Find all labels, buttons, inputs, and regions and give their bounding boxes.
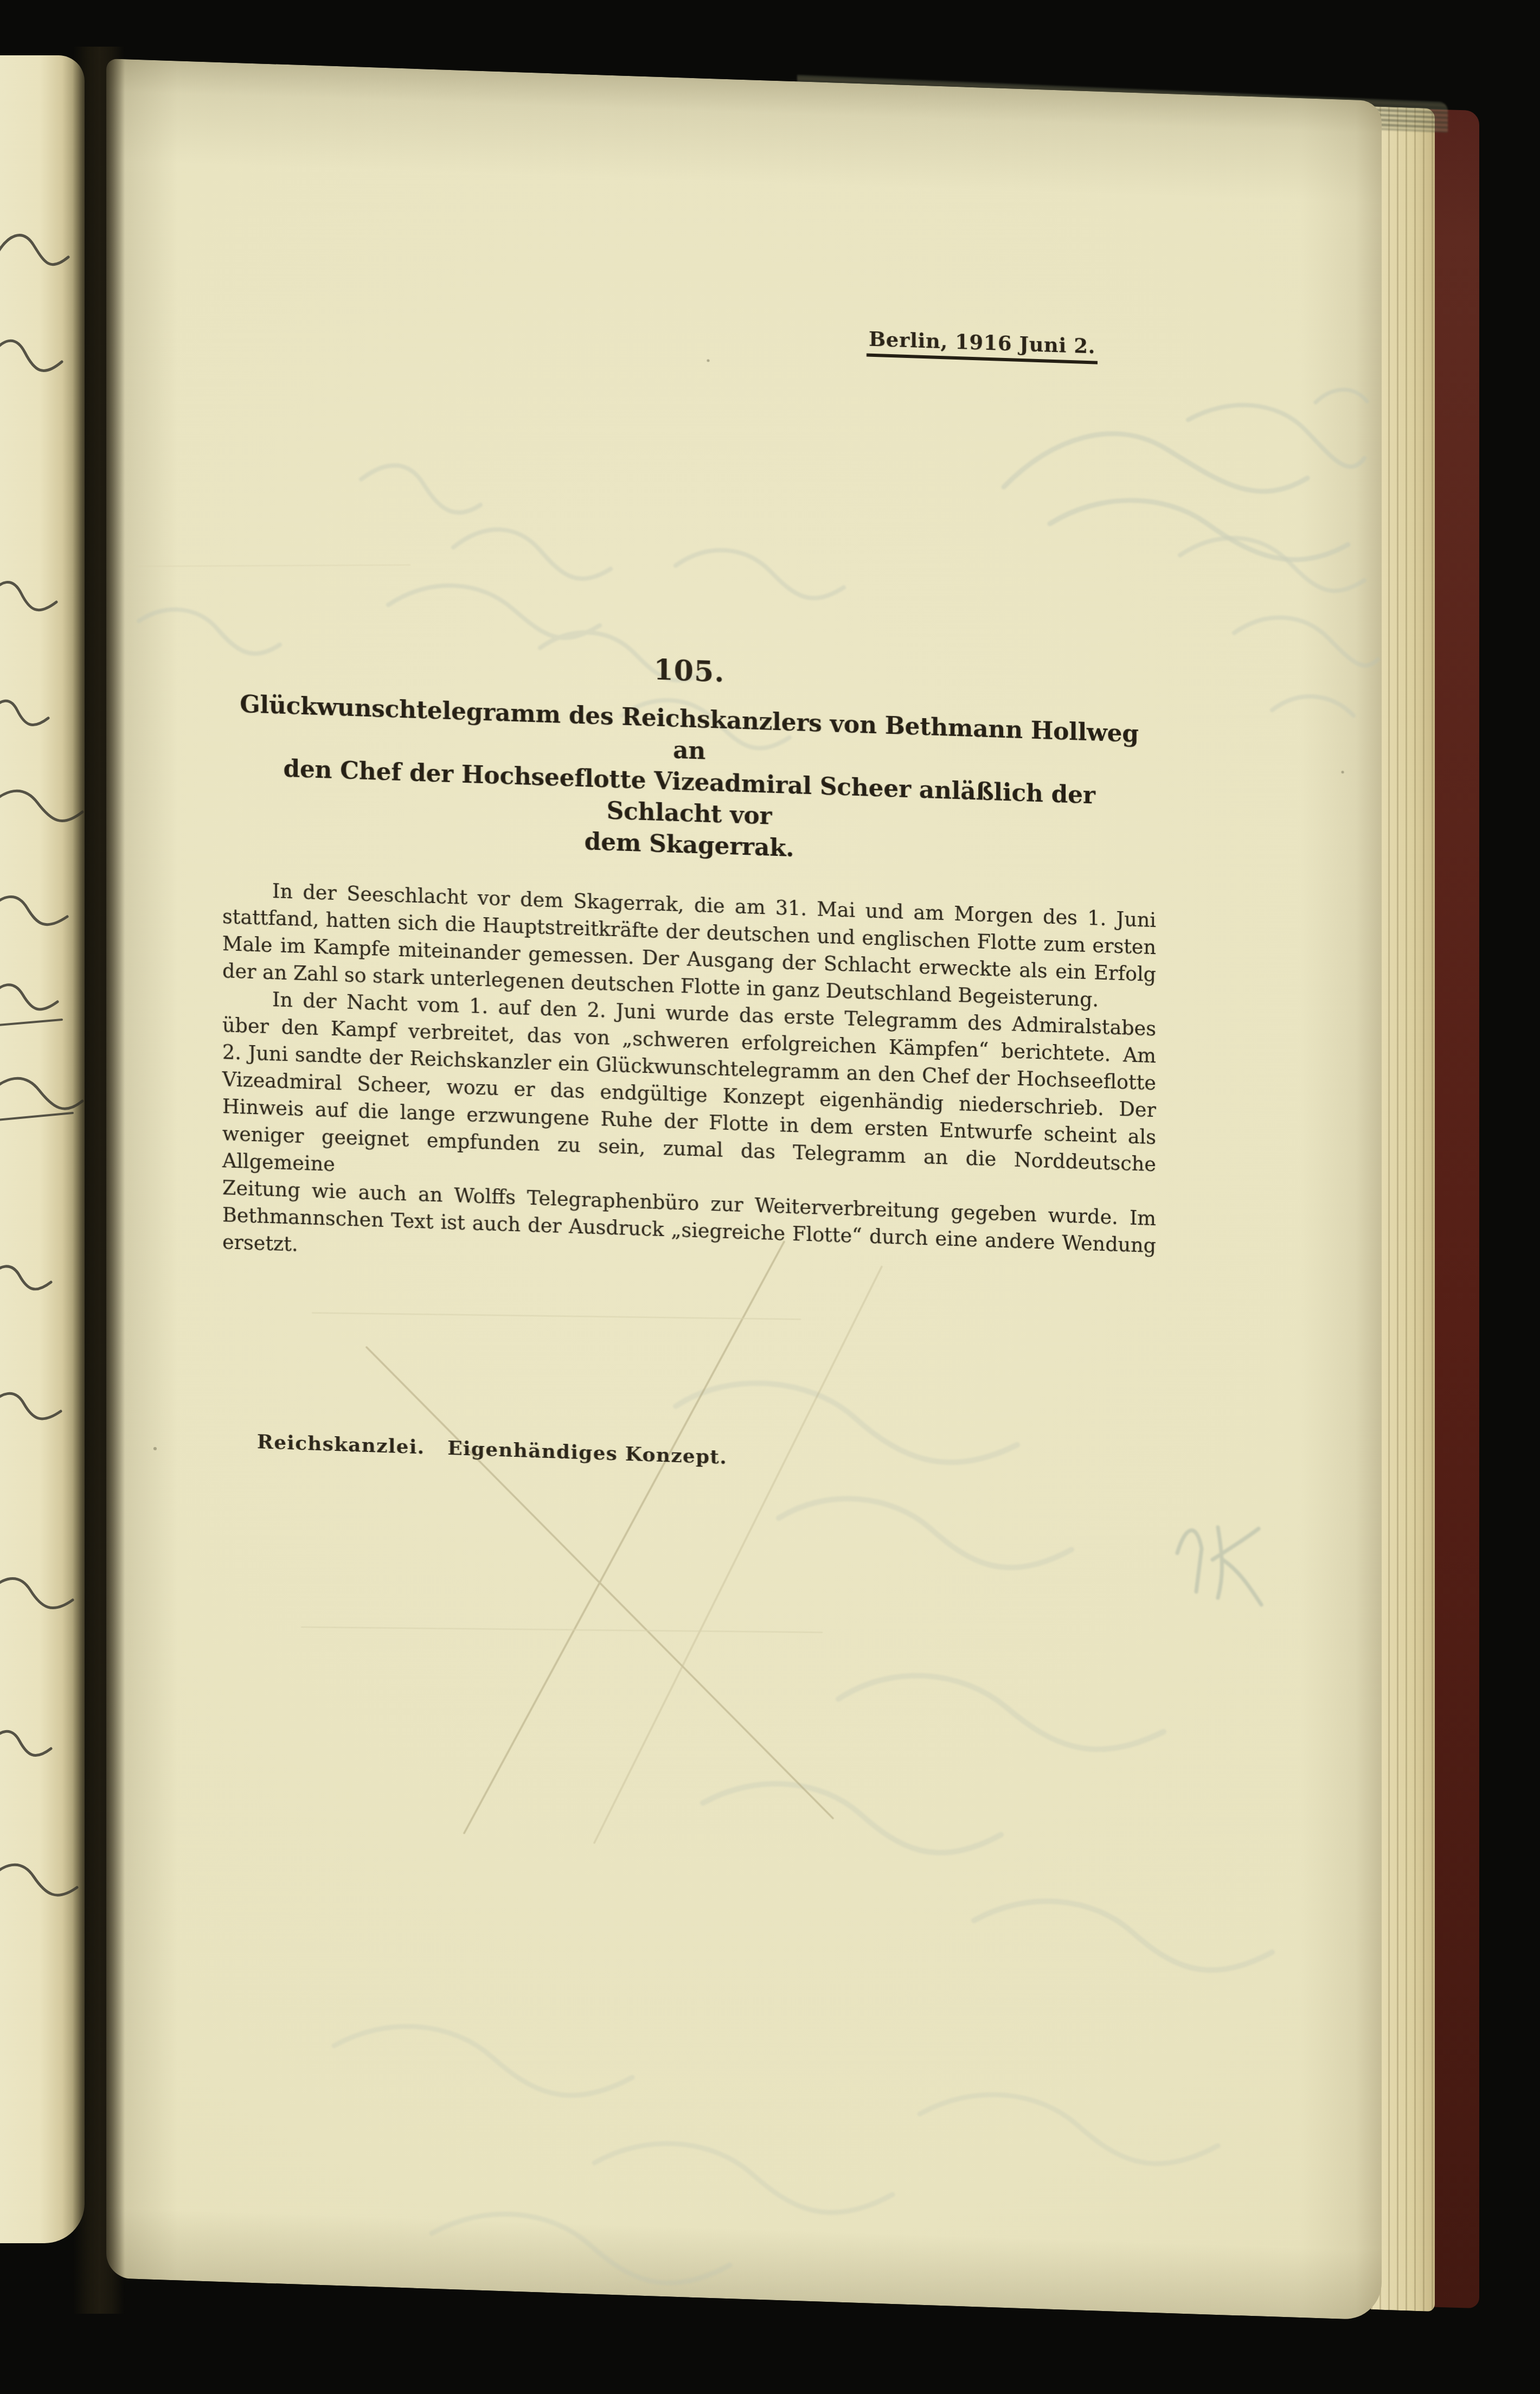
left-page-handwriting (0, 55, 85, 2243)
paragraph-2: In der Nacht vom 1. auf den 2. Juni wurd… (222, 984, 1156, 1286)
entry-body: In der Seeschlacht vor dem Skagerrak, di… (222, 876, 1156, 1286)
main-page: Berlin, 1916 Juni 2. 105. Glückwunschtel… (106, 59, 1382, 2320)
left-page-sliver (0, 55, 85, 2243)
dateline-text: Berlin, 1916 Juni 2. (867, 327, 1098, 364)
entry-title: Glückwunschtelegramm des Reichskanzlers … (222, 688, 1156, 876)
archive-note-separator (425, 1454, 447, 1454)
printed-content: Berlin, 1916 Juni 2. 105. Glückwunschtel… (222, 62, 1156, 1483)
dateline: Berlin, 1916 Juni 2. (222, 305, 1156, 366)
scanned-book-spread: Berlin, 1916 Juni 2. 105. Glückwunschtel… (0, 0, 1540, 2394)
